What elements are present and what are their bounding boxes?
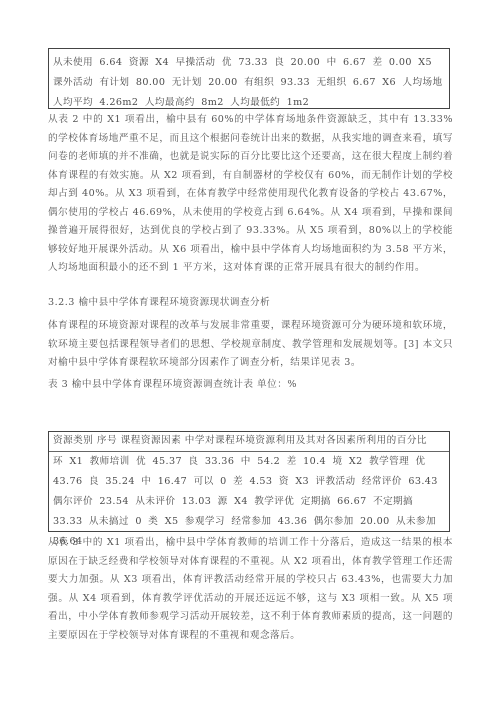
table3-box: 资源类别 序号 课程资源因素 中学对课程环境资源利用及其对各因素所利用的百分比 …	[48, 431, 450, 532]
table3-header: 资源类别 序号 课程资源因素 中学对课程环境资源利用及其对各因素所利用的百分比	[49, 432, 449, 452]
table3-caption: 表 3 榆中县中学体育课程环境资源调查统计表 单位：%	[48, 376, 297, 390]
paragraph-table2-analysis: 从表 2 中的 X1 项看出，榆中县有 60%的中学体育场地条件资源缺乏，其中有…	[48, 111, 453, 278]
paragraph-environment-intro: 体育课程的环境资源对课程的改革与发展非常重要，课程环境资源可分为硬环境和软环境，…	[48, 317, 453, 373]
table2-continuation-box: 从未使用 6.64 资源 X4 早操活动 优 73.33 良 20.00 中 6…	[48, 48, 450, 109]
section-heading: 3.2.3 榆中县中学体育课程环境资源现状调查分析	[48, 294, 270, 308]
paragraph-table3-analysis: 从表 3 中的 X1 项看出，榆中县中学体育教师的培训工作十分落后，造成这一结果…	[48, 534, 453, 645]
table2-continuation-text: 从未使用 6.64 资源 X4 早操活动 优 73.33 良 20.00 中 6…	[53, 53, 445, 113]
